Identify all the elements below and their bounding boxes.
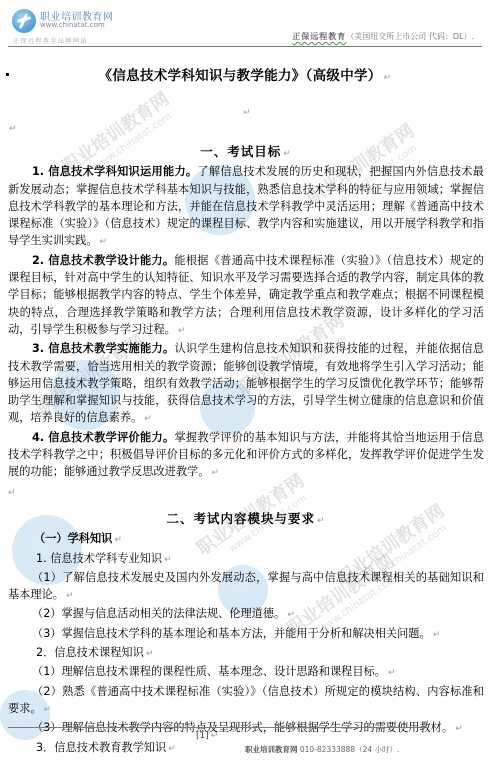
group-title: 2．信息技术课程知识↵ xyxy=(8,644,484,663)
requirement-item: （2）熟悉《普通高中技术课程标准（实验）》（信息技术）所规定的模块结构、内容标准… xyxy=(8,683,484,720)
objective-paragraph: 2. 信息技术教学设计能力。能根据《普通高中技术课程标准（实验）》（信息技术）规… xyxy=(8,252,484,340)
logo: 职业培训教育网 www.chinatat.com 正保远程教育品牌网站 xyxy=(10,8,110,40)
paragraph-mark: ↵ xyxy=(9,124,17,134)
objective-label: 4. 信息技术教学评价能力。 xyxy=(32,431,174,444)
header-brand: 正保远程教育 xyxy=(292,32,346,41)
objective-paragraph: 4. 信息技术教学评价能力。掌握教学评价的基本知识与方法，并能将其恰当地运用于信… xyxy=(8,429,484,483)
group-title: 1. 信息技术学科专业知识↵ xyxy=(8,550,484,569)
footer-brand: 职业培训教育网 xyxy=(245,745,298,754)
requirement-item: （1）理解信息技术课程的课程性质、基本理念、设计思路和课程目标。↵ xyxy=(8,663,484,682)
requirement-item: （2）掌握与信息活动相关的法律法规、伦理道德。↵ xyxy=(8,605,484,624)
requirement-item: （1）了解信息技术发展史及国内外发展动态，掌握与高中信息技术课程相关的基础知识和… xyxy=(8,569,484,606)
objective-label: 3. 信息技术教学实施能力。 xyxy=(32,342,174,355)
logo-url: www.chinatat.com xyxy=(40,21,105,29)
footer-contact: 职业培训教育网 010-82333888（24 小时）. xyxy=(245,744,399,755)
paragraph-mark: ↵ xyxy=(422,719,430,729)
empty-paragraph: ↵ xyxy=(8,483,484,502)
page-number: [1]↵ xyxy=(196,731,218,741)
requirement-item: （3）掌握信息技术学科的基本理论和基本方法，并能用于分析和解决相关问题。↵ xyxy=(8,625,484,644)
objective-paragraph: 1. 信息技术学科知识运用能力。了解信息技术发展的历史和现状，把握国内外信息技术… xyxy=(8,163,484,251)
page-header: 职业培训教育网 www.chinatat.com 正保远程教育品牌网站 正保远程… xyxy=(0,0,490,50)
objective-paragraph: 3. 信息技术教学实施能力。认识学生建构信息技术知识和获得技能的过程，并能依据信… xyxy=(8,340,484,428)
header-company-note: 正保远程教育（美国纽交所上市公司 代码：DL）. xyxy=(292,31,474,42)
document-body: 一、考试目标↵ 1. 信息技术学科知识运用能力。了解信息技术发展的历史和现状，把… xyxy=(8,143,484,758)
subsection-heading: （一）学科知识↵ xyxy=(8,530,484,549)
objective-label: 1. 信息技术学科知识运用能力。 xyxy=(32,165,197,178)
section-heading: 一、考试目标↵ xyxy=(8,143,484,163)
objective-label: 2. 信息技术教学设计能力。 xyxy=(32,254,174,267)
footer-phone: 010-82333888（24 小时）. xyxy=(300,745,400,754)
section-heading: 二、考试内容模块与要求↵ xyxy=(8,510,484,530)
document-title: 《信息技术学科知识与教学能力》（高级中学）↵ xyxy=(0,64,490,84)
requirement-item: （3）理解信息技术教学内容的特点及呈现形式，能够根据学生学习的需要使用教材。↵ xyxy=(8,719,484,738)
logo-icon xyxy=(12,9,36,33)
paragraph-mark: ↵ xyxy=(243,108,251,118)
header-listing-note: （美国纽交所上市公司 代码：DL）. xyxy=(346,32,474,41)
footer-divider xyxy=(8,727,428,728)
logo-slogan: 正保远程教育品牌网站 xyxy=(13,36,88,45)
header-divider xyxy=(8,46,482,47)
